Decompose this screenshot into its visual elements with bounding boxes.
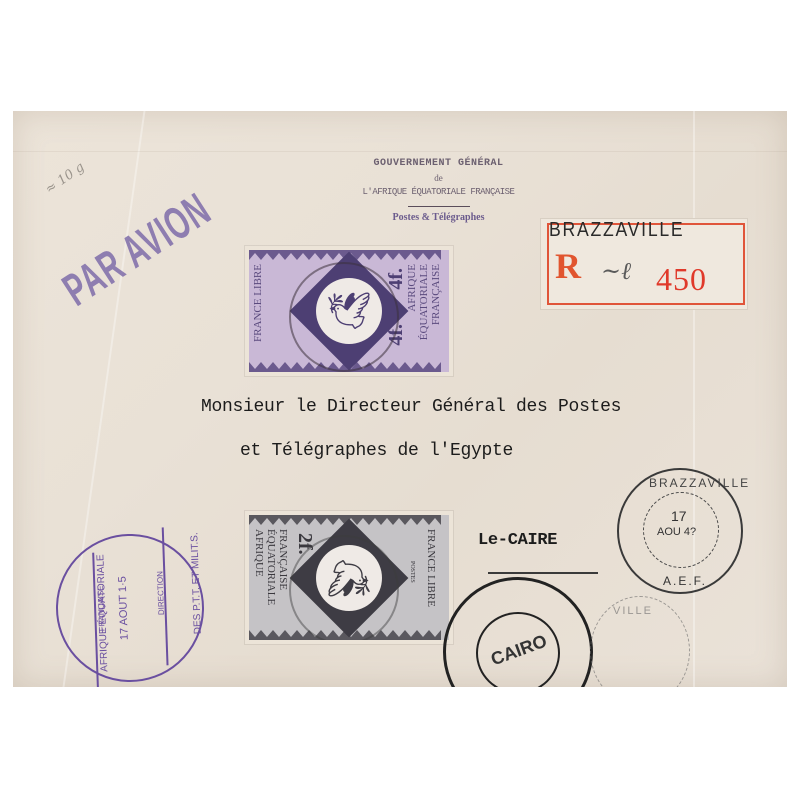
cairo-receiving-postmark: CAIRO [443, 577, 593, 687]
registration-city: BRAZZAVILLE [549, 219, 684, 242]
letterhead-line4: Postes & Télégraphes [336, 212, 541, 223]
postmark-inner-left: FRANÇAISE [96, 585, 107, 631]
postmark-top-text: VILLE [613, 605, 653, 617]
registration-number: 450 [656, 261, 707, 298]
stamp-country-right: AFRIQUE [407, 264, 418, 312]
stamp-country-left: FRANCE LIBRE [425, 529, 436, 607]
cancellation-ring [289, 535, 399, 640]
letterhead-line2: de [336, 173, 541, 183]
registration-label: BRAZZAVILLE R ~ℓ 450 [540, 218, 748, 310]
handwritten-initials: ~ℓ [601, 257, 631, 286]
paper-crease [693, 111, 695, 687]
postmark-bottom-text: A.E.F. [663, 574, 707, 588]
brazzaville-postmark: BRAZZAVILLE 17 AOU 4? A.E.F. [617, 468, 743, 594]
postmark-inner-right: DIRECTION [155, 571, 166, 615]
envelope: ≈ 10 g PAR AVION GOUVERNEMENT GÉNÉRAL de… [13, 111, 787, 687]
postmark-date: 17 AOUT 1·5 [117, 576, 131, 640]
letterhead-rule [408, 206, 470, 207]
stamp-country-right-line: ÉQUATORIALE [418, 264, 430, 340]
letterhead-line1: GOUVERNEMENT GÉNÉRAL [336, 158, 541, 169]
stamp-country-right-line: FRANÇAISE [430, 264, 442, 325]
par-avion-handstamp: PAR AVION [53, 181, 220, 316]
address-line3: Le-CAIRE [478, 531, 557, 550]
letterhead-line3: L'AFRIQUE ÉQUATORIALE FRANÇAISE [336, 187, 541, 197]
cancellation-ring [289, 262, 399, 372]
stamp-country-right: ÉQUATORIALE [265, 529, 276, 605]
address-underline [488, 572, 598, 574]
stamp-country-right-line: ÉQUATORIALE [265, 529, 277, 605]
stamp-country-right-line: FRANÇAISE [277, 529, 289, 590]
stamp-4f: FRANCE LIBRE 🕊 4f. 4f. AFRIQUE ÉQUATORIA… [245, 246, 453, 376]
paper-crease [13, 151, 787, 152]
address-line2: et Télégraphes de l'Egypte [240, 441, 513, 461]
letterhead: GOUVERNEMENT GÉNÉRAL de L'AFRIQUE ÉQUATO… [336, 158, 541, 223]
direction-postmark: AFRIQUE ÉQUATORIALE FRANÇAISE 17 AOUT 1·… [35, 513, 225, 687]
stamp-country-left: FRANCE LIBRE [253, 264, 264, 342]
stamp-country-right: AFRIQUE [253, 529, 264, 577]
stamp-country-right: ÉQUATORIALE [419, 264, 430, 340]
stamp-country-right: FRANÇAISE [277, 529, 288, 590]
postmark-month: AOU 4? [657, 526, 696, 538]
stamp-small-label: POSTES [409, 561, 415, 583]
pencil-weight-note: ≈ 10 g [43, 160, 88, 198]
stamp-2f: AFRIQUE ÉQUATORIALE FRANÇAISE 2f. 🕊 FRAN… [245, 511, 453, 644]
postmark-outer-right: DES P.T.T. ET MILIT.S. [189, 532, 204, 634]
registration-letter: R [555, 245, 581, 287]
stamp-country-right-line: AFRIQUE [253, 529, 265, 577]
address-line1: Monsieur le Directeur Général des Postes [201, 397, 621, 417]
stamp-country-right-line: AFRIQUE [406, 264, 418, 312]
postmark-top-text: BRAZZAVILLE [649, 476, 750, 490]
postmark-day: 17 [671, 508, 687, 524]
stamp-country-right: FRANÇAISE [431, 264, 442, 325]
faint-postmark: VILLE [590, 596, 690, 687]
